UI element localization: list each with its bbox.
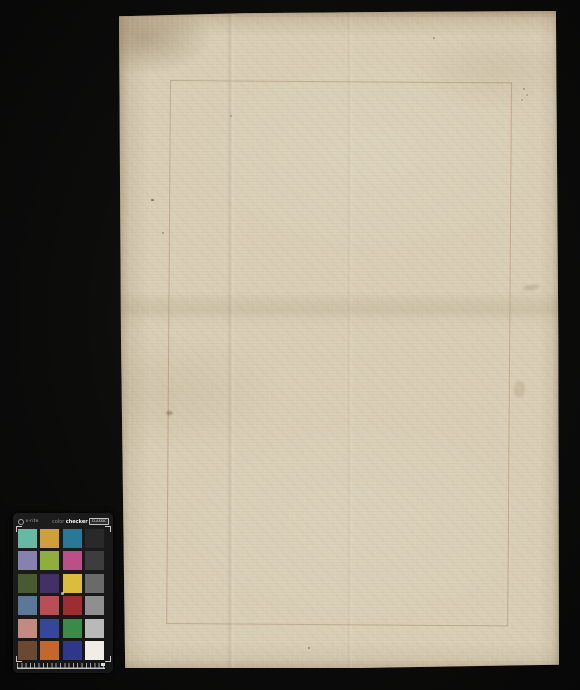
center-fiducial-dot	[61, 592, 64, 595]
color-patch-foliage	[18, 574, 37, 593]
xrite-logo-icon	[18, 519, 24, 525]
color-patch-yellow-green	[40, 551, 59, 570]
registration-bracket-icon	[105, 656, 111, 662]
classic-badge: CLASSIC	[89, 518, 109, 525]
colorchecker-title-prefix: color	[52, 519, 64, 525]
xrite-brand-label: x-rite	[26, 519, 39, 524]
color-patch-magenta	[63, 551, 82, 570]
color-patch-neutral-3-5	[85, 551, 104, 570]
color-patch-moderate-red	[40, 596, 59, 615]
color-patch-purple	[40, 574, 59, 593]
smudge-mark	[514, 381, 525, 397]
color-patch-neutral-8	[85, 619, 104, 638]
colorchecker-header: x-rite color checker CLASSIC	[13, 513, 113, 527]
color-patch-light-skin	[18, 619, 37, 638]
color-patch-blue-flower	[18, 551, 37, 570]
color-patch-blue-sky	[18, 596, 37, 615]
ruler-scale-strip	[17, 663, 105, 669]
foxing-speck	[308, 647, 310, 649]
color-patch-purplish-blue	[40, 619, 59, 638]
color-patch-yellow	[63, 574, 82, 593]
foxing-speck	[162, 232, 164, 234]
stain-left-edge	[165, 410, 174, 416]
color-patch-dark-skin	[18, 641, 37, 660]
color-patch-green	[63, 619, 82, 638]
color-patch-bluish-green	[18, 529, 37, 548]
colorchecker-card: x-rite color checker CLASSIC	[13, 513, 113, 673]
foxing-speck	[433, 37, 435, 39]
color-patch-red	[63, 596, 82, 615]
foxing-speck-cluster	[523, 88, 525, 90]
smudge-mark	[523, 284, 539, 291]
color-patch-orange-yellow	[40, 529, 59, 548]
registration-bracket-icon	[105, 526, 111, 532]
colorchecker-title: color checker CLASSIC	[52, 518, 109, 525]
ruled-plate-border	[166, 80, 512, 626]
colorchecker-title-suffix: checker	[66, 519, 88, 525]
color-patch-cyan	[63, 529, 82, 548]
paper-sheet	[119, 11, 559, 668]
color-patch-blue	[63, 641, 82, 660]
color-patch-neutral-5	[85, 574, 104, 593]
color-patch-white	[85, 641, 104, 660]
foxing-speck	[151, 199, 154, 201]
photo-background: x-rite color checker CLASSIC	[0, 0, 580, 690]
color-patch-neutral-6-5	[85, 596, 104, 615]
xrite-brand: x-rite	[18, 519, 39, 525]
color-patch-black	[85, 529, 104, 548]
foxing-speck	[230, 115, 232, 117]
color-patch-orange	[40, 641, 59, 660]
